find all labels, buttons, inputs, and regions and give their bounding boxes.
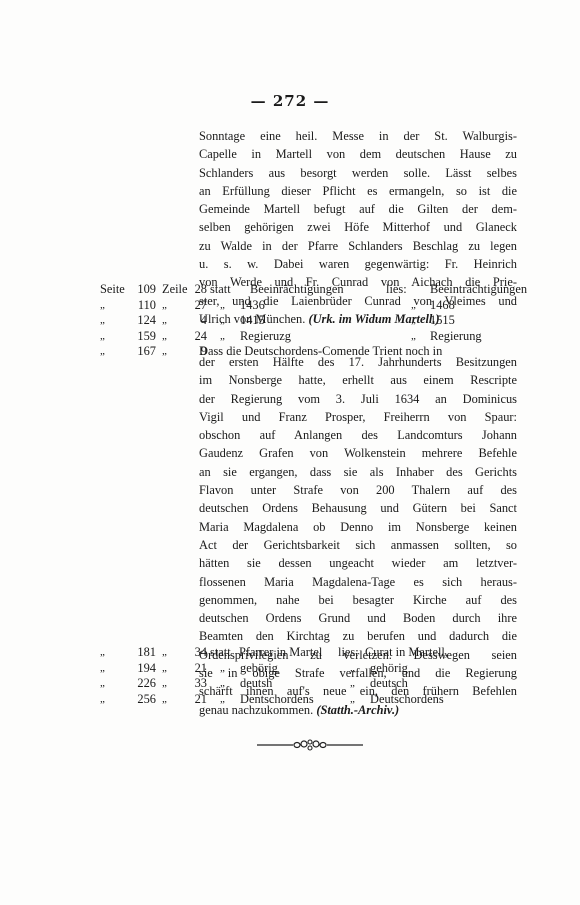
- source-citation: (Urk. im Widum Martell.): [308, 312, 439, 326]
- errata-zeile: „: [162, 344, 167, 360]
- errata-seite: „: [100, 313, 105, 329]
- errata-seite: „: [100, 661, 105, 677]
- errata-right: Regierung: [430, 329, 482, 345]
- errata-zeile: „: [162, 692, 167, 708]
- text-line: Beamten den Kirchtag zu berufen und dadu…: [199, 627, 517, 645]
- errata-lies: lies:: [338, 645, 359, 661]
- errata-line: 33: [193, 676, 207, 692]
- text-line: Gemeinde Martell befugt auf die Gilten d…: [199, 200, 517, 218]
- errata-statt: „: [220, 313, 225, 329]
- errata-page: 159: [134, 329, 156, 345]
- errata-line: 24: [193, 329, 207, 345]
- errata-right: gehörig: [370, 661, 408, 677]
- errata-wrong: gebörig: [240, 661, 278, 677]
- errata-seite: „: [100, 329, 105, 345]
- errata-line: 4: [193, 313, 207, 329]
- errata-wrong: Pfarrer in Martel: [239, 645, 322, 661]
- errata-right: 1468: [430, 298, 455, 314]
- errata-wrong: deutsh: [240, 676, 272, 692]
- text-line: selben gehörigen zwei Höfe Mitterhof und…: [199, 218, 517, 236]
- errata-line: 27: [193, 298, 207, 314]
- errata-lies: „: [411, 313, 416, 329]
- text-line: Maria Magdalena ob Denno im Nonsberge ke…: [199, 518, 517, 536]
- errata-seite: „: [100, 344, 105, 360]
- text-line: zu Walde in der Pfarre Schlanders Beschl…: [199, 237, 517, 255]
- errata-page: 110: [134, 298, 156, 314]
- errata-lies: „: [411, 329, 416, 345]
- text-line: der Regierung vom 3. Juli 1634 an Domini…: [199, 390, 517, 408]
- text-line: an Erfüllung dieser Pflicht es ermangeln…: [199, 182, 517, 200]
- errata-line: 21: [193, 661, 207, 677]
- errata-right: 1515: [430, 313, 455, 329]
- flourish-divider-icon: [255, 737, 365, 751]
- errata-zeile: Zeile: [162, 282, 187, 298]
- errata-page: 256: [134, 692, 156, 708]
- text-line: Flavon unter Strafe von 200 Thalern auf …: [199, 481, 517, 499]
- errata-wrong: 1415: [240, 313, 265, 329]
- text-line: an sie ergangen, dass sie als Inhaber de…: [199, 463, 517, 481]
- errata-line: 34: [193, 645, 207, 661]
- errata-page: 226: [134, 676, 156, 692]
- errata-zeile: „: [162, 313, 167, 329]
- errata-page: 194: [134, 661, 156, 677]
- text-line: Capelle in Martell von dem deutschen Hau…: [199, 145, 517, 163]
- errata-zeile: „: [162, 298, 167, 314]
- text-line: Vigil und Franz Prosper, Freiherrn von S…: [199, 408, 517, 426]
- errata-statt: statt: [210, 282, 231, 298]
- errata-zeile: „: [162, 661, 167, 677]
- errata-lies: lies:: [386, 282, 407, 298]
- text-line: Schlanders aus besorgt werden solle. Läs…: [199, 164, 517, 182]
- errata-seite: „: [100, 676, 105, 692]
- errata-lies: „: [411, 298, 416, 314]
- text-line: deutschen Ordens Grund und Boden durch i…: [199, 609, 517, 627]
- errata-right: Deutschordens: [370, 692, 444, 708]
- page-number: — 272 —: [0, 92, 580, 110]
- text-line: Gaudenz Grafen von Wolkenstein mehrere B…: [199, 444, 517, 462]
- errata-right: deutsch: [370, 676, 408, 692]
- errata-seite: „: [100, 298, 105, 314]
- errata-page: 181: [134, 645, 156, 661]
- text-line: flossenen Maria Magdalena-Tage es sich h…: [199, 573, 517, 591]
- errata-wrong: 1436: [240, 298, 265, 314]
- errata-lies: „: [350, 676, 355, 692]
- errata-statt: „: [220, 298, 225, 314]
- errata-statt: „: [220, 676, 225, 692]
- errata-line: 21: [193, 692, 207, 708]
- errata-page: 124: [134, 313, 156, 329]
- errata-lies: „: [350, 692, 355, 708]
- errata-right: Beeinträchtigungen: [430, 282, 527, 298]
- text-line: der ersten Hälfte des 17. Jahrhunderts B…: [199, 353, 517, 371]
- errata-page: 109: [134, 282, 156, 298]
- errata-statt: „: [220, 692, 225, 708]
- errata-zeile: „: [162, 645, 167, 661]
- errata-statt: „: [220, 661, 225, 677]
- errata-wrong: Dentschordens: [240, 692, 314, 708]
- text-line: Sonntage eine heil. Messe in der St. Wal…: [199, 127, 517, 145]
- errata-statt: „: [220, 329, 225, 345]
- errata-right: Curat in Martell,: [365, 645, 448, 661]
- errata-zeile: „: [162, 329, 167, 345]
- book-page: — 272 — Sonntage eine heil. Messe in der…: [0, 0, 580, 905]
- text-line: Act der Gerichtsbarkeit sich anmassen so…: [199, 536, 517, 554]
- text-line: deutschen Ordens Behausung und Gütern be…: [199, 499, 517, 517]
- errata-zeile: „: [162, 676, 167, 692]
- errata-seite: „: [100, 645, 105, 661]
- errata-seite: „: [100, 692, 105, 708]
- text-line: im Nonsberge hatte, erhellt aus einem Re…: [199, 371, 517, 389]
- text-line: obschon auf Anlangen des Landcomturs Joh…: [199, 426, 517, 444]
- errata-statt: statt: [210, 645, 231, 661]
- text-line: u. s. w. Dabei waren gegenwärtig: Fr. He…: [199, 255, 517, 273]
- errata-wrong: Regieruzg: [240, 329, 291, 345]
- text-line: hätten sie dessen ungeacht wieder am let…: [199, 554, 517, 572]
- errata-page: 167: [134, 344, 156, 360]
- errata-seite: Seite: [100, 282, 125, 298]
- text-line: genommen, nahe bei besagter Kirche auf d…: [199, 591, 517, 609]
- errata-lies: „: [350, 661, 355, 677]
- errata-line: 28: [193, 282, 207, 298]
- errata-wrong: Beeinrächtigungen: [250, 282, 344, 298]
